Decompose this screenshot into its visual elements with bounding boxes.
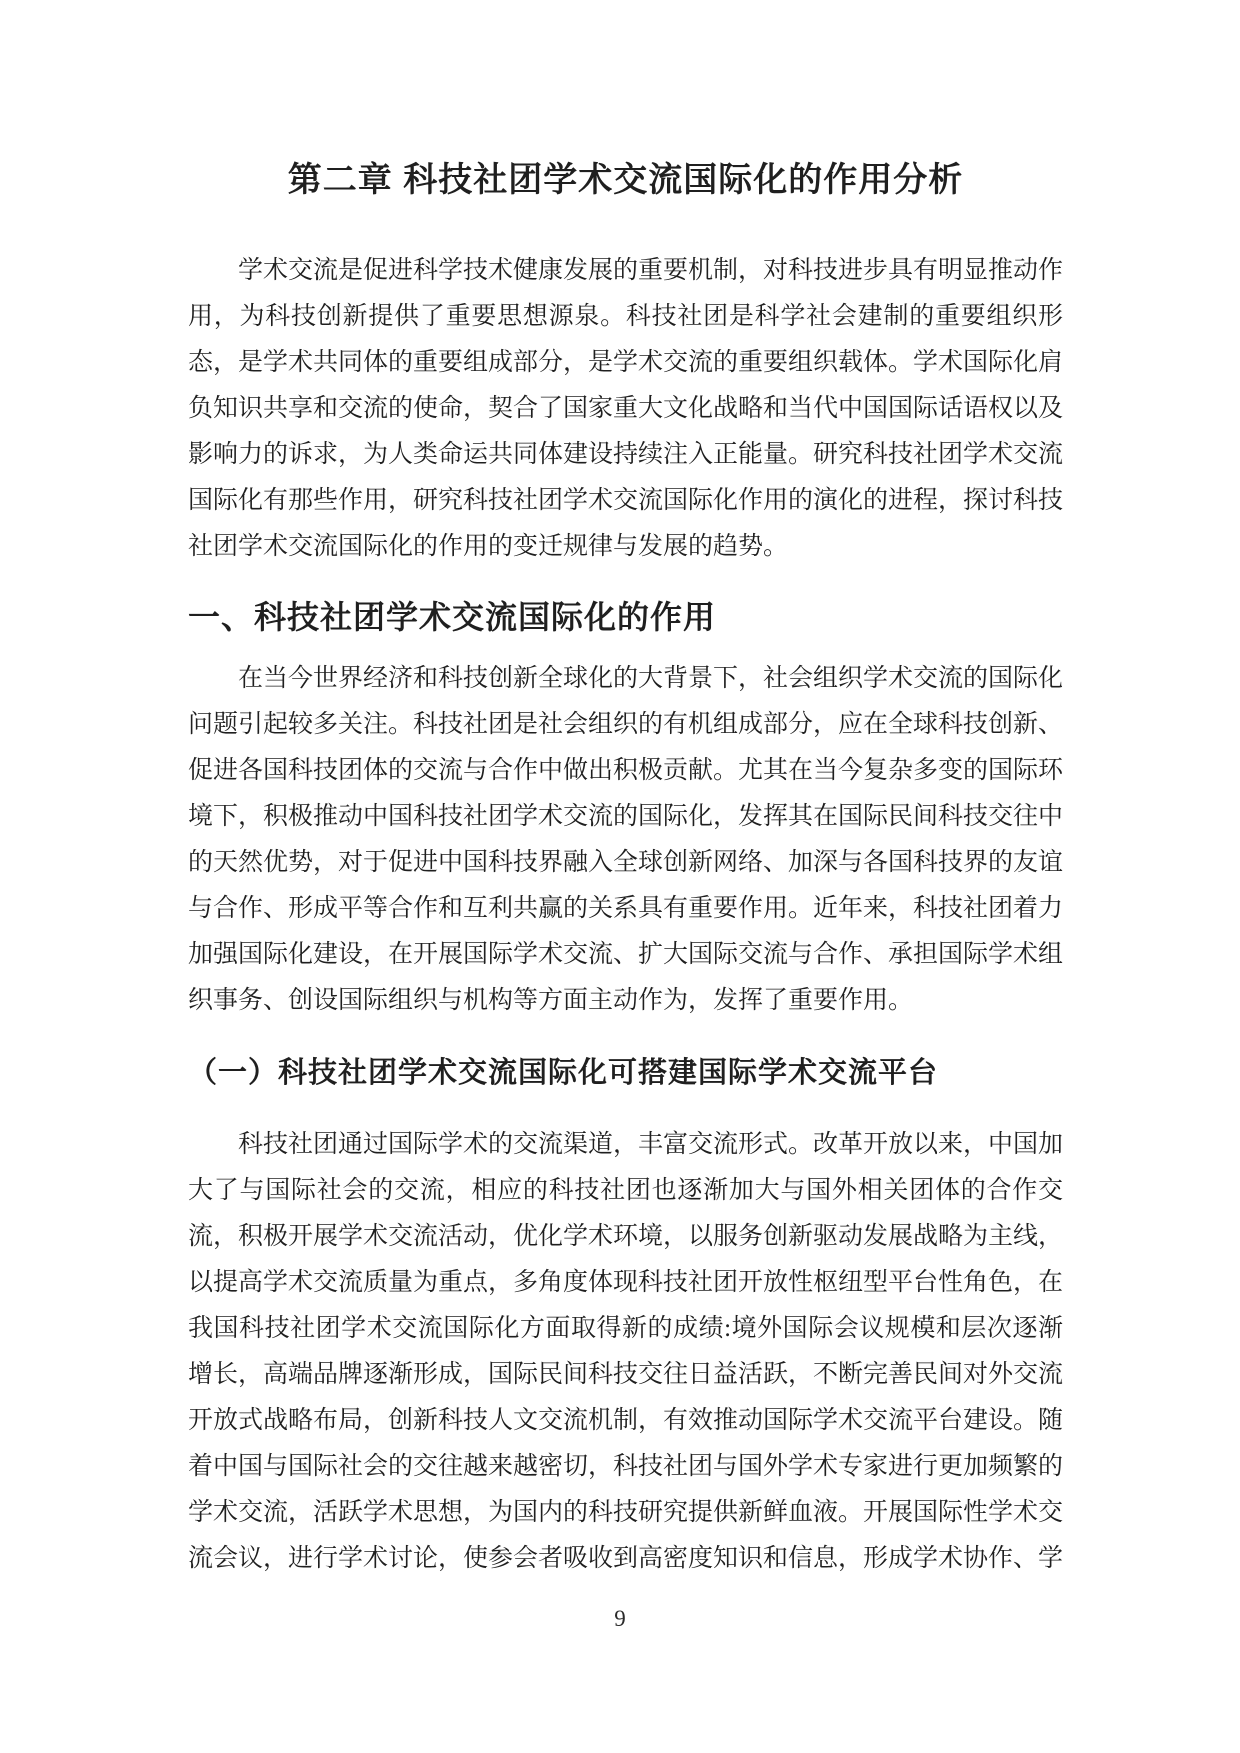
page-number: 9 bbox=[0, 1606, 1240, 1632]
subsection-heading: （一）科技社团学术交流国际化可搭建国际学术交流平台 bbox=[188, 1048, 1063, 1098]
document-page: 第二章 科技社团学术交流国际化的作用分析 学术交流是促进科学技术健康发展的重要机… bbox=[0, 0, 1240, 1753]
paragraph: 学术交流是促进科学技术健康发展的重要机制，对科技进步具有明显推动作用，为科技创新… bbox=[188, 248, 1063, 570]
paragraph: 在当今世界经济和科技创新全球化的大背景下，社会组织学术交流的国际化问题引起较多关… bbox=[188, 656, 1063, 1024]
chapter-title: 第二章 科技社团学术交流国际化的作用分析 bbox=[188, 158, 1063, 202]
page-content: 第二章 科技社团学术交流国际化的作用分析 学术交流是促进科学技术健康发展的重要机… bbox=[188, 158, 1063, 1582]
section-heading: 一、科技社团学术交流国际化的作用 bbox=[188, 592, 1063, 642]
paragraph: 科技社团通过国际学术的交流渠道，丰富交流形式。改革开放以来，中国加大了与国际社会… bbox=[188, 1122, 1063, 1582]
